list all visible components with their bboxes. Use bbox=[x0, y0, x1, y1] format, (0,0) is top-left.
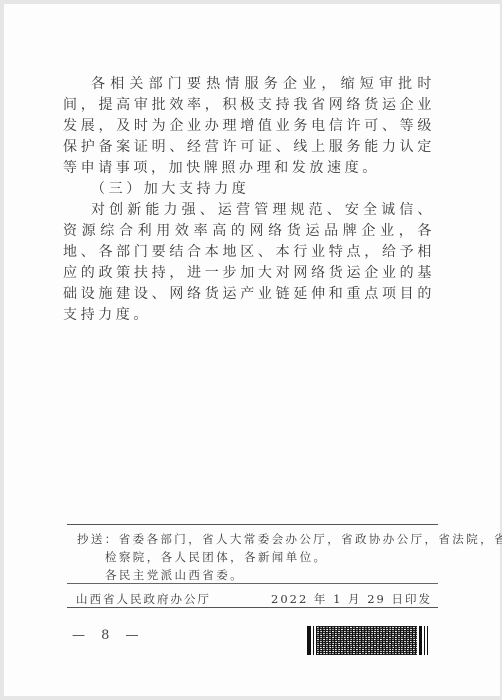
issue-date: 2022 年 1 月 29 日印发 bbox=[271, 590, 432, 608]
paragraph-service-enterprises: 各相关部门要热情服务企业，缩短审批时间，提高审批效率，积极支持我省网络货运企业发… bbox=[63, 74, 435, 179]
issuer-row: 山西省人民政府办公厅 2022 年 1 月 29 日印发 bbox=[76, 590, 432, 608]
issuing-office: 山西省人民政府办公厅 bbox=[76, 590, 211, 608]
paragraph-policy-support: 对创新能力强、运营管理规范、安全诚信、资源综合利用效率高的网络货运品牌企业，各地… bbox=[63, 200, 435, 326]
section-heading-increase-support: （三）加大支持力度 bbox=[63, 179, 435, 200]
cc-top-divider bbox=[67, 524, 438, 525]
cc-line-2: 检察院，各人民团体，各新闻单位。 bbox=[77, 548, 437, 566]
issuer-bottom-divider bbox=[67, 607, 438, 608]
document-body: 各相关部门要热情服务企业，缩短审批时间，提高审批效率，积极支持我省网络货运企业发… bbox=[63, 74, 435, 326]
cc-line-3: 各民主党派山西省委。 bbox=[77, 566, 437, 584]
cc-bottom-divider bbox=[67, 583, 438, 584]
cc-label: 抄送： bbox=[77, 532, 119, 546]
cc-line-1: 抄送：省委各部门，省人大常委会办公厅，省政协办公厅，省法院，省 bbox=[77, 530, 437, 548]
cc-distribution-list: 抄送：省委各部门，省人大常委会办公厅，省政协办公厅，省法院，省 检察院，各人民团… bbox=[77, 530, 437, 584]
document-page: 各相关部门要热情服务企业，缩短审批时间，提高审批效率，积极支持我省网络货运企业发… bbox=[4, 4, 500, 696]
page-number: — 8 — bbox=[72, 628, 145, 643]
barcode-icon bbox=[307, 626, 428, 655]
cc-recipients-1: 省委各部门，省人大常委会办公厅，省政协办公厅，省法院，省 bbox=[119, 532, 502, 546]
